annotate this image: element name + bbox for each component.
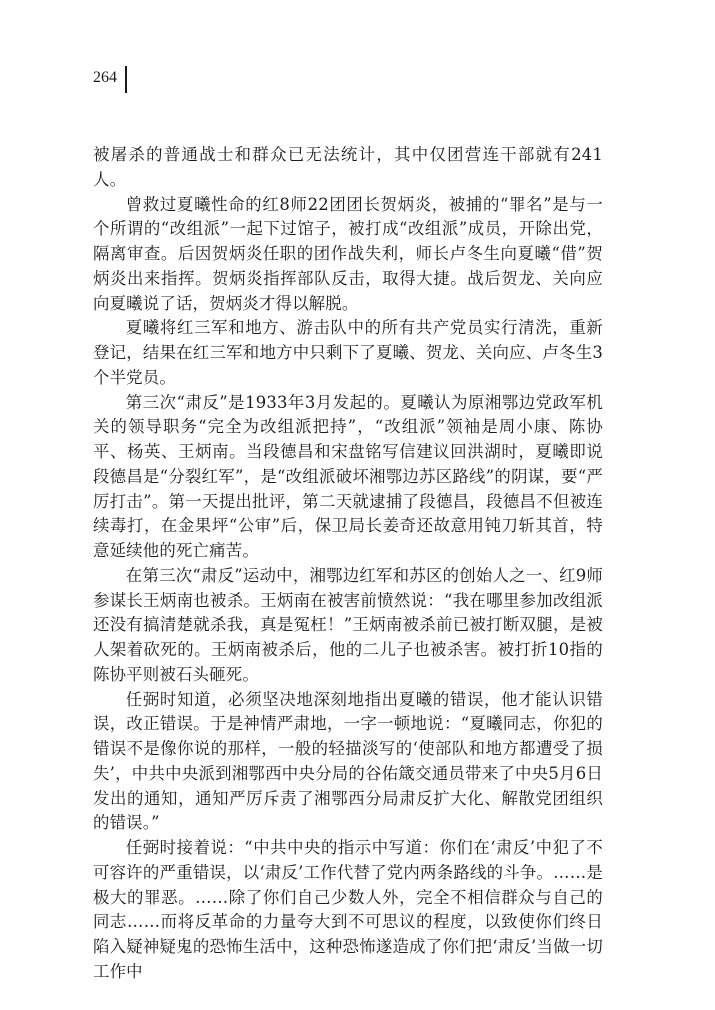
paragraph: 夏曦将红三军和地方、游击队中的所有共产党员实行清洗，重新登记，结果在红三军和地方… [93, 316, 603, 390]
page-number: 264 [93, 68, 117, 88]
paragraph: 任弼时接着说：“中共中央的指示中写道：你们在‘肃反’中犯了不可容许的严重错误，以… [93, 836, 603, 985]
body-text: 被屠杀的普通战士和群众已无法统计，其中仅团营连干部就有241人。 曾救过夏曦性命… [93, 143, 603, 985]
paragraph: 曾救过夏曦性命的红8师22团团长贺炳炎，被捕的“罪名”是与一个所谓的“改组派”一… [93, 193, 603, 317]
header-divider [125, 66, 127, 93]
paragraph: 在第三次“肃反”运动中，湘鄂边红军和苏区的创始人之一、红9师参谋长王炳南也被杀。… [93, 564, 603, 688]
paragraph: 被屠杀的普通战士和群众已无法统计，其中仅团营连干部就有241人。 [93, 143, 603, 193]
paragraph: 第三次“肃反”是1933年3月发起的。夏曦认为原湘鄂边党政军机关的领导职务“完全… [93, 391, 603, 564]
paragraph: 任弼时知道，必须坚决地深刻地指出夏曦的错误，他才能认识错误，改正错误。于是神情严… [93, 688, 603, 837]
